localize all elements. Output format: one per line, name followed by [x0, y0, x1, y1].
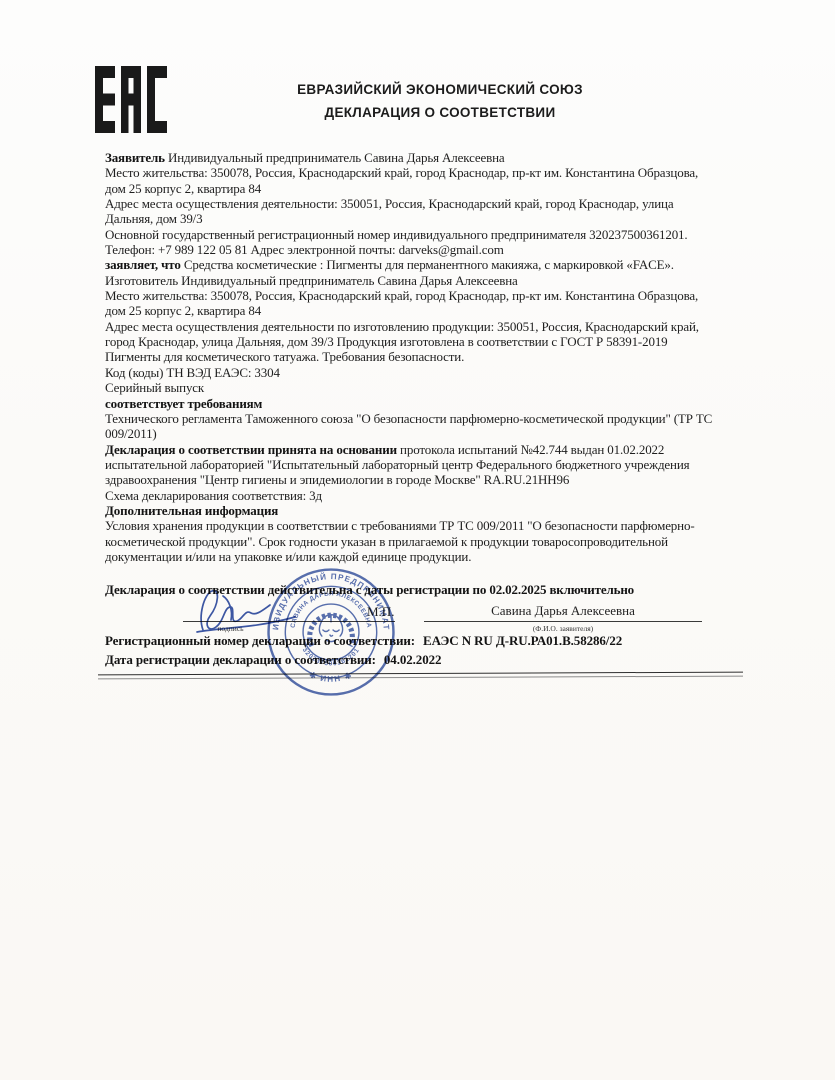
applicant-name: Савина Дарья Алексеевна [424, 603, 702, 619]
text-line: Место жительства: 350078, Россия, Красно… [105, 288, 765, 303]
text-line-text: Серийный выпуск [105, 380, 204, 395]
text-line-text: Место жительства: 350078, Россия, Красно… [105, 165, 698, 180]
applicant-name-line [424, 621, 702, 622]
text-line: соответствует требованиям [105, 396, 765, 411]
text-line-text: Условия хранения продукции в соответстви… [105, 518, 695, 533]
text-line: Основной государственный регистрационный… [105, 227, 765, 242]
declaration-body: Заявитель Индивидуальный предприниматель… [105, 150, 765, 564]
text-line: дом 25 корпус 2, квартира 84 [105, 181, 765, 196]
text-line-bold-label: Заявитель [105, 150, 165, 165]
text-line: 009/2011) [105, 426, 765, 441]
text-line: Серийный выпуск [105, 380, 765, 395]
text-line-text: Схема декларирования соответствия: 3д [105, 488, 322, 503]
bottom-separator [98, 672, 743, 680]
text-line-bold-label: Декларация о соответствии принята на осн… [105, 442, 397, 457]
stamp-outer-bottom-text: ✱ ИНН ✱ [308, 670, 354, 684]
text-line-text: Средства косметические : Пигменты для пе… [181, 257, 674, 272]
text-line: косметической продукции". Срок годности … [105, 534, 765, 549]
text-line-text: здравоохранения "Центр гигиены и эпидеми… [105, 472, 569, 487]
stamp-face-logo [319, 615, 342, 642]
text-line-text: Место жительства: 350078, Россия, Красно… [105, 288, 698, 303]
handwritten-signature [193, 586, 313, 638]
text-line: Схема декларирования соответствия: 3д [105, 488, 765, 503]
text-line-text: Код (коды) ТН ВЭД ЕАЭС: 3304 [105, 365, 280, 380]
text-line: здравоохранения "Центр гигиены и эпидеми… [105, 472, 765, 487]
text-line-text: Дальняя, дом 39/3 [105, 211, 203, 226]
text-line: заявляет, что Средства косметические : П… [105, 257, 765, 272]
text-line: испытательной лабораторией "Испытательны… [105, 457, 765, 472]
text-line-text: Технического регламента Таможенного союз… [105, 411, 712, 426]
text-line-text: Адрес места осуществления деятельности п… [105, 319, 699, 334]
applicant-name-caption: (Ф.И.О. заявителя) [424, 624, 702, 633]
text-line-text: косметической продукции". Срок годности … [105, 534, 668, 549]
text-line: Телефон: +7 989 122 05 81 Адрес электрон… [105, 242, 765, 257]
text-line: город Краснодар, улица Дальняя, дом 39/3… [105, 334, 765, 349]
text-line: Декларация о соответствии принята на осн… [105, 442, 765, 457]
text-line: Адрес места осуществления деятельности п… [105, 319, 765, 334]
text-line-text: город Краснодар, улица Дальняя, дом 39/3… [105, 334, 668, 349]
text-line-text: Телефон: +7 989 122 05 81 Адрес электрон… [105, 242, 504, 257]
text-line-text: Изготовитель Индивидуальный предпринимат… [105, 273, 518, 288]
text-line: дом 25 корпус 2, квартира 84 [105, 303, 765, 318]
text-line: документации и/или на упаковке и/или каж… [105, 549, 765, 564]
document-header: ЕВРАЗИЙСКИЙ ЭКОНОМИЧЕСКИЙ СОЮЗ ДЕКЛАРАЦИ… [297, 78, 583, 124]
text-line-bold-label: заявляет, что [105, 257, 181, 272]
text-line: Заявитель Индивидуальный предприниматель… [105, 150, 765, 165]
svg-text:✱ ИНН ✱: ✱ ИНН ✱ [308, 670, 354, 684]
text-line-text: Основной государственный регистрационный… [105, 227, 688, 242]
text-line: Технического регламента Таможенного союз… [105, 411, 765, 426]
text-line: Условия хранения продукции в соответстви… [105, 518, 765, 533]
text-line-text: дом 25 корпус 2, квартира 84 [105, 303, 261, 318]
text-line: Изготовитель Индивидуальный предпринимат… [105, 273, 765, 288]
text-line-text: испытательной лабораторией "Испытательны… [105, 457, 690, 472]
text-line-text: Пигменты для косметического татуажа. Тре… [105, 349, 464, 364]
text-line-text: Адрес места осуществления деятельности: … [105, 196, 673, 211]
registration-number-value: ЕАЭС N RU Д-RU.РА01.В.58286/22 [423, 633, 622, 648]
text-line-bold-label: соответствует требованиям [105, 396, 262, 411]
text-line: Дополнительная информация [105, 503, 765, 518]
header-declaration-title: ДЕКЛАРАЦИЯ О СООТВЕТСТВИИ [297, 101, 583, 124]
declaration-document-page: ЕВРАЗИЙСКИЙ ЭКОНОМИЧЕСКИЙ СОЮЗ ДЕКЛАРАЦИ… [0, 0, 835, 1080]
header-union-title: ЕВРАЗИЙСКИЙ ЭКОНОМИЧЕСКИЙ СОЮЗ [297, 78, 583, 101]
text-line: Адрес места осуществления деятельности: … [105, 196, 765, 211]
text-line-text: 009/2011) [105, 426, 157, 441]
text-line-bold-label: Дополнительная информация [105, 503, 278, 518]
text-line: Место жительства: 350078, Россия, Красно… [105, 165, 765, 180]
eac-mark-icon [95, 66, 167, 133]
text-line-text: Индивидуальный предприниматель Савина Да… [165, 150, 505, 165]
text-line: Пигменты для косметического татуажа. Тре… [105, 349, 765, 364]
text-line-text: дом 25 корпус 2, квартира 84 [105, 181, 261, 196]
text-line-text: протокола испытаний №42.744 выдан 01.02.… [397, 442, 664, 457]
text-line: Код (коды) ТН ВЭД ЕАЭС: 3304 [105, 365, 765, 380]
text-line: Дальняя, дом 39/3 [105, 211, 765, 226]
text-line-text: документации и/или на упаковке и/или каж… [105, 549, 471, 564]
